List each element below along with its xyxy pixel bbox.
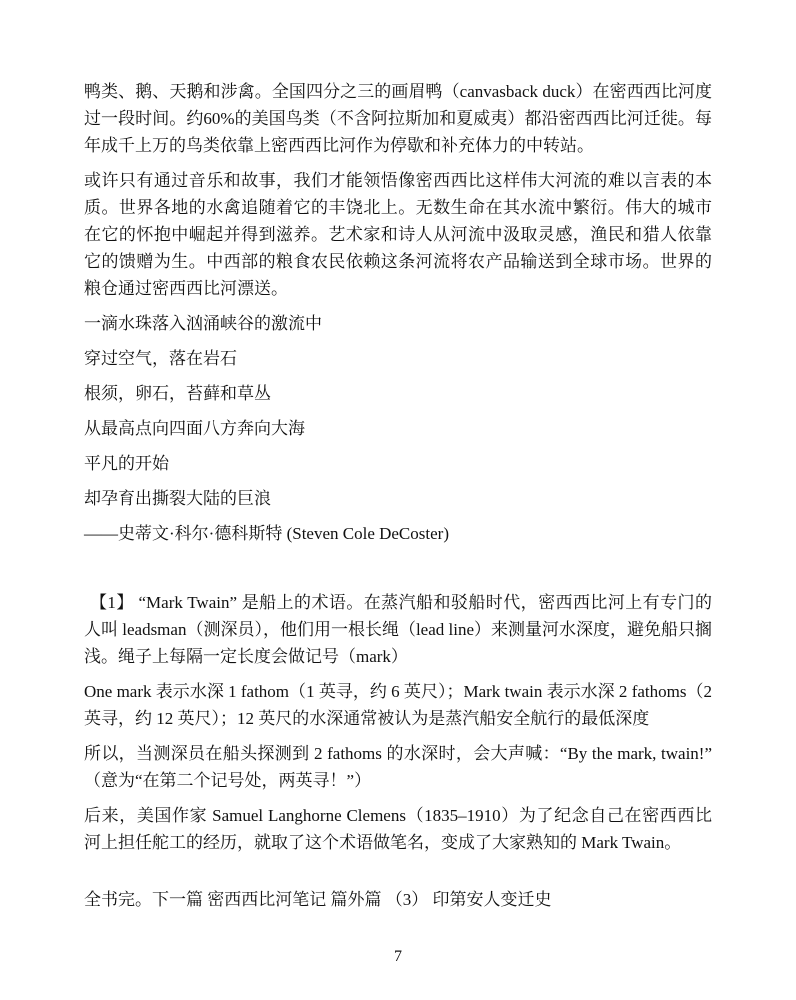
poem-line: 根须，卵石，苔藓和草丛 [84,380,712,407]
footnote-paragraph: 【1】 “Mark Twain” 是船上的术语。在蒸汽船和驳船时代，密西西比河上… [84,589,712,670]
footnote-paragraph: One mark 表示水深 1 fathom（1 英寻，约 6 英尺）；Mark… [84,678,712,732]
poem-line: 却孕育出撕裂大陆的巨浪 [84,485,712,512]
poem-line: 一滴水珠落入汹涌峡谷的激流中 [84,310,712,337]
document-page: 鸭类、鹅、天鹅和涉禽。全国四分之三的画眉鸭（canvasback duck）在密… [84,78,712,930]
body-paragraph: 鸭类、鹅、天鹅和涉禽。全国四分之三的画眉鸭（canvasback duck）在密… [84,78,712,159]
poem-line: 平凡的开始 [84,450,712,477]
poem-block: 一滴水珠落入汹涌峡谷的激流中 穿过空气，落在岩石 根须，卵石，苔藓和草丛 从最高… [84,310,712,547]
footnotes-section: 【1】 “Mark Twain” 是船上的术语。在蒸汽船和驳船时代，密西西比河上… [84,589,712,856]
poem-attribution: ——史蒂文·科尔·德科斯特 (Steven Cole DeCoster) [84,520,712,547]
footnote-paragraph: 后来，美国作家 Samuel Langhorne Clemens（1835–19… [84,802,712,856]
closing-line: 全书完。下一篇 密西西比河笔记 篇外篇 （3） 印第安人变迁史 [84,886,712,913]
footnote-paragraph: 所以，当测深员在船头探测到 2 fathoms 的水深时，会大声喊：“By th… [84,740,712,794]
poem-line: 穿过空气，落在岩石 [84,345,712,372]
poem-line: 从最高点向四面八方奔向大海 [84,415,712,442]
body-paragraph: 或许只有通过音乐和故事，我们才能领悟像密西西比这样伟大河流的难以言表的本质。世界… [84,167,712,302]
page-number: 7 [0,948,796,966]
